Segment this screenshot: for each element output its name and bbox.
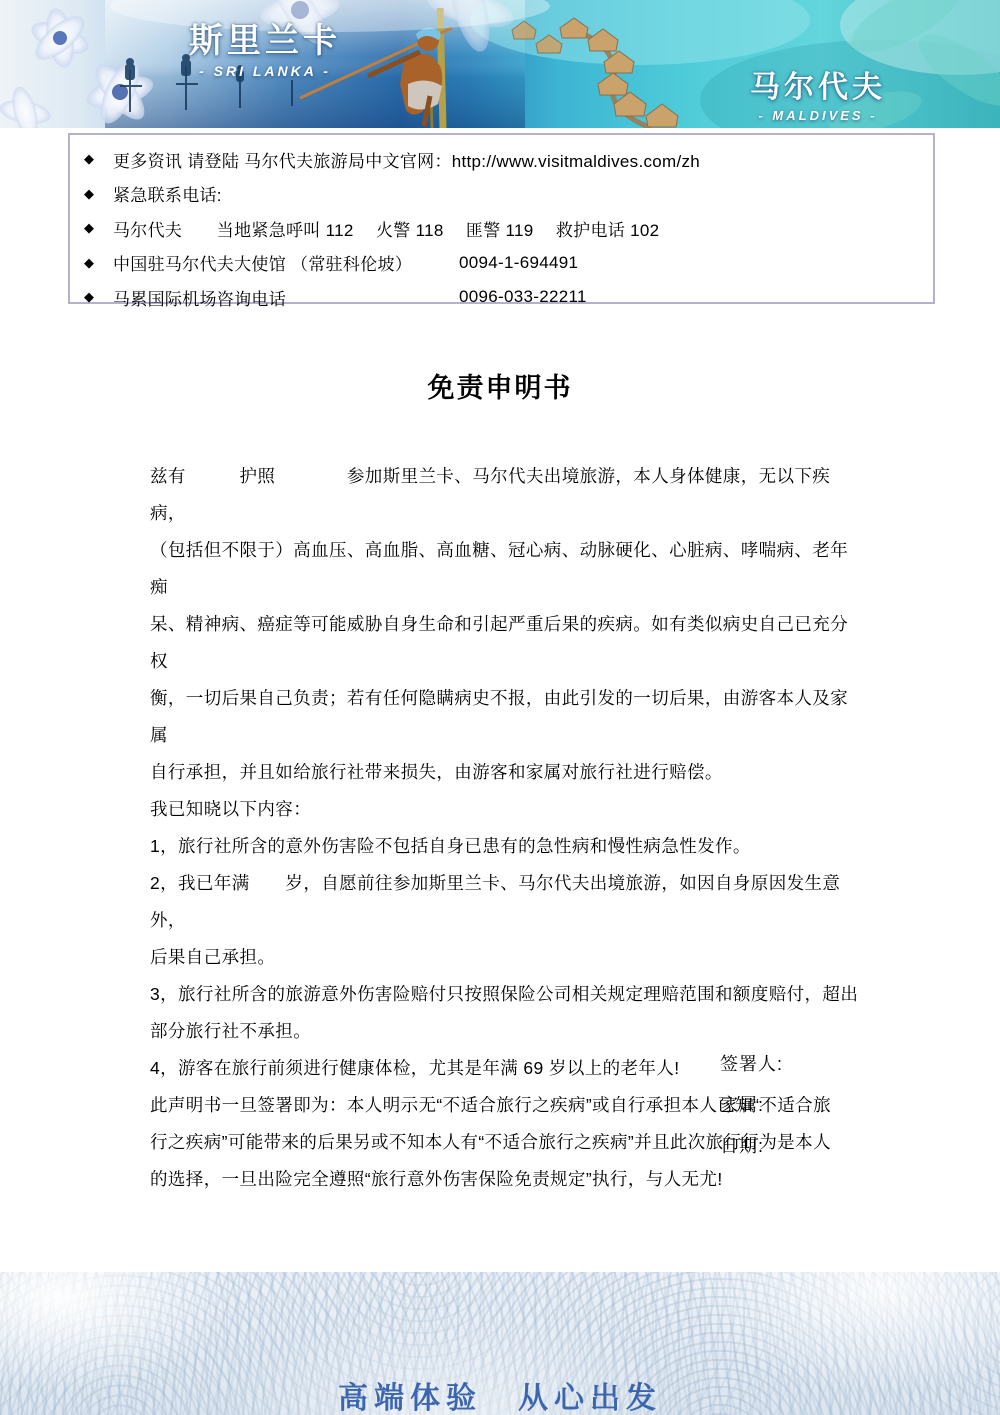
body-line: 兹有 护照 参加斯里兰卡、马尔代夫出境旅游，本人身体健康，无以下疾病， (150, 458, 862, 532)
page-title: 免责申明书 (0, 366, 1000, 405)
diamond-bullet-icon: ◆ (84, 289, 96, 305)
maldives-title-cn: 马尔代夫 (728, 62, 908, 106)
document-page: 斯里兰卡 - SRI LANKA - 马尔代夫 - MALDIVES - ◆ 更… (0, 0, 1000, 1415)
body-line: 1，旅行社所含的意外伤害险不包括自身已患有的急性病和慢性病急性发作。 (150, 828, 862, 865)
info-text: 紧急联系电话: (113, 181, 222, 206)
diamond-bullet-icon: ◆ (84, 255, 96, 271)
body-line: （包括但不限于）高血压、高血脂、高血糖、冠心病、动脉硬化、心脏病、哮喘病、老年痴 (150, 532, 862, 606)
body-line: 呆、精神病、癌症等可能威胁自身生命和引起严重后果的疾病。如有类似病史自己已充分权 (150, 606, 862, 680)
srilanka-title-en: - SRI LANKA - (175, 63, 355, 79)
footer-slogan: 高端体验 从心出发 (0, 1382, 1000, 1415)
info-row-embassy: ◆ 中国驻马尔代夫大使馆 （常驻科伦坡） 0094-1-694491 (84, 246, 923, 281)
info-phone-number: 0096-033-22211 (459, 287, 587, 307)
date-label: 日期: (720, 1126, 783, 1167)
info-row-airport: ◆ 马累国际机场咨询电话 0096-033-22211 (84, 280, 923, 315)
body-line: 后果自己承担。 (150, 939, 862, 976)
info-row-emergency-header: ◆ 紧急联系电话: (84, 177, 923, 212)
diamond-bullet-icon: ◆ (84, 220, 96, 236)
banner-title-srilanka: 斯里兰卡 - SRI LANKA - (175, 13, 355, 79)
footer-wave-texture: 高端体验 从心出发 (0, 1272, 1000, 1415)
body-line: 我已知晓以下内容： (150, 791, 862, 828)
info-row-maldives-numbers: ◆ 马尔代夫 当地紧急呼叫 112 火警 118 匪警 119 救护电话 102 (84, 211, 923, 246)
body-line: 2，我已年满 岁，自愿前往参加斯里兰卡、马尔代夫出境旅游，如因自身原因发生意外， (150, 865, 862, 939)
info-label: 中国驻马尔代夫大使馆 （常驻科伦坡） (113, 250, 412, 275)
contact-info-box: ◆ 更多资讯 请登陆 马尔代夫旅游局中文官网：http://www.visitm… (68, 133, 935, 304)
body-line: 衡，一切后果自己负责；若有任何隐瞒病史不报，由此引发的一切后果，由游客本人及家属 (150, 680, 862, 754)
info-phone-number: 0094-1-694491 (459, 253, 578, 273)
signature-block: 签署人: 家属: 日期: (720, 1044, 783, 1167)
diamond-bullet-icon: ◆ (84, 151, 96, 167)
banner-image: 斯里兰卡 - SRI LANKA - 马尔代夫 - MALDIVES - (0, 0, 1000, 128)
info-row-website: ◆ 更多资讯 请登陆 马尔代夫旅游局中文官网：http://www.visitm… (84, 142, 923, 177)
family-label: 家属: (720, 1085, 783, 1126)
banner-title-maldives: 马尔代夫 - MALDIVES - (728, 62, 908, 123)
info-text: 马尔代夫 当地紧急呼叫 112 火警 118 匪警 119 救护电话 102 (113, 216, 659, 241)
body-line: 3，旅行社所含的旅游意外伤害险赔付只按照保险公司相关规定理赔范围和额度赔付，超出 (150, 976, 862, 1013)
signer-label: 签署人: (720, 1044, 783, 1085)
srilanka-title-cn: 斯里兰卡 (175, 13, 355, 62)
info-text: 更多资讯 请登陆 马尔代夫旅游局中文官网：http://www.visitmal… (113, 147, 700, 172)
body-line: 自行承担，并且如给旅行社带来损失，由游客和家属对旅行社进行赔偿。 (150, 754, 862, 791)
info-label: 马累国际机场咨询电话 (113, 285, 286, 310)
diamond-bullet-icon: ◆ (84, 186, 96, 202)
maldives-title-en: - MALDIVES - (728, 108, 908, 123)
